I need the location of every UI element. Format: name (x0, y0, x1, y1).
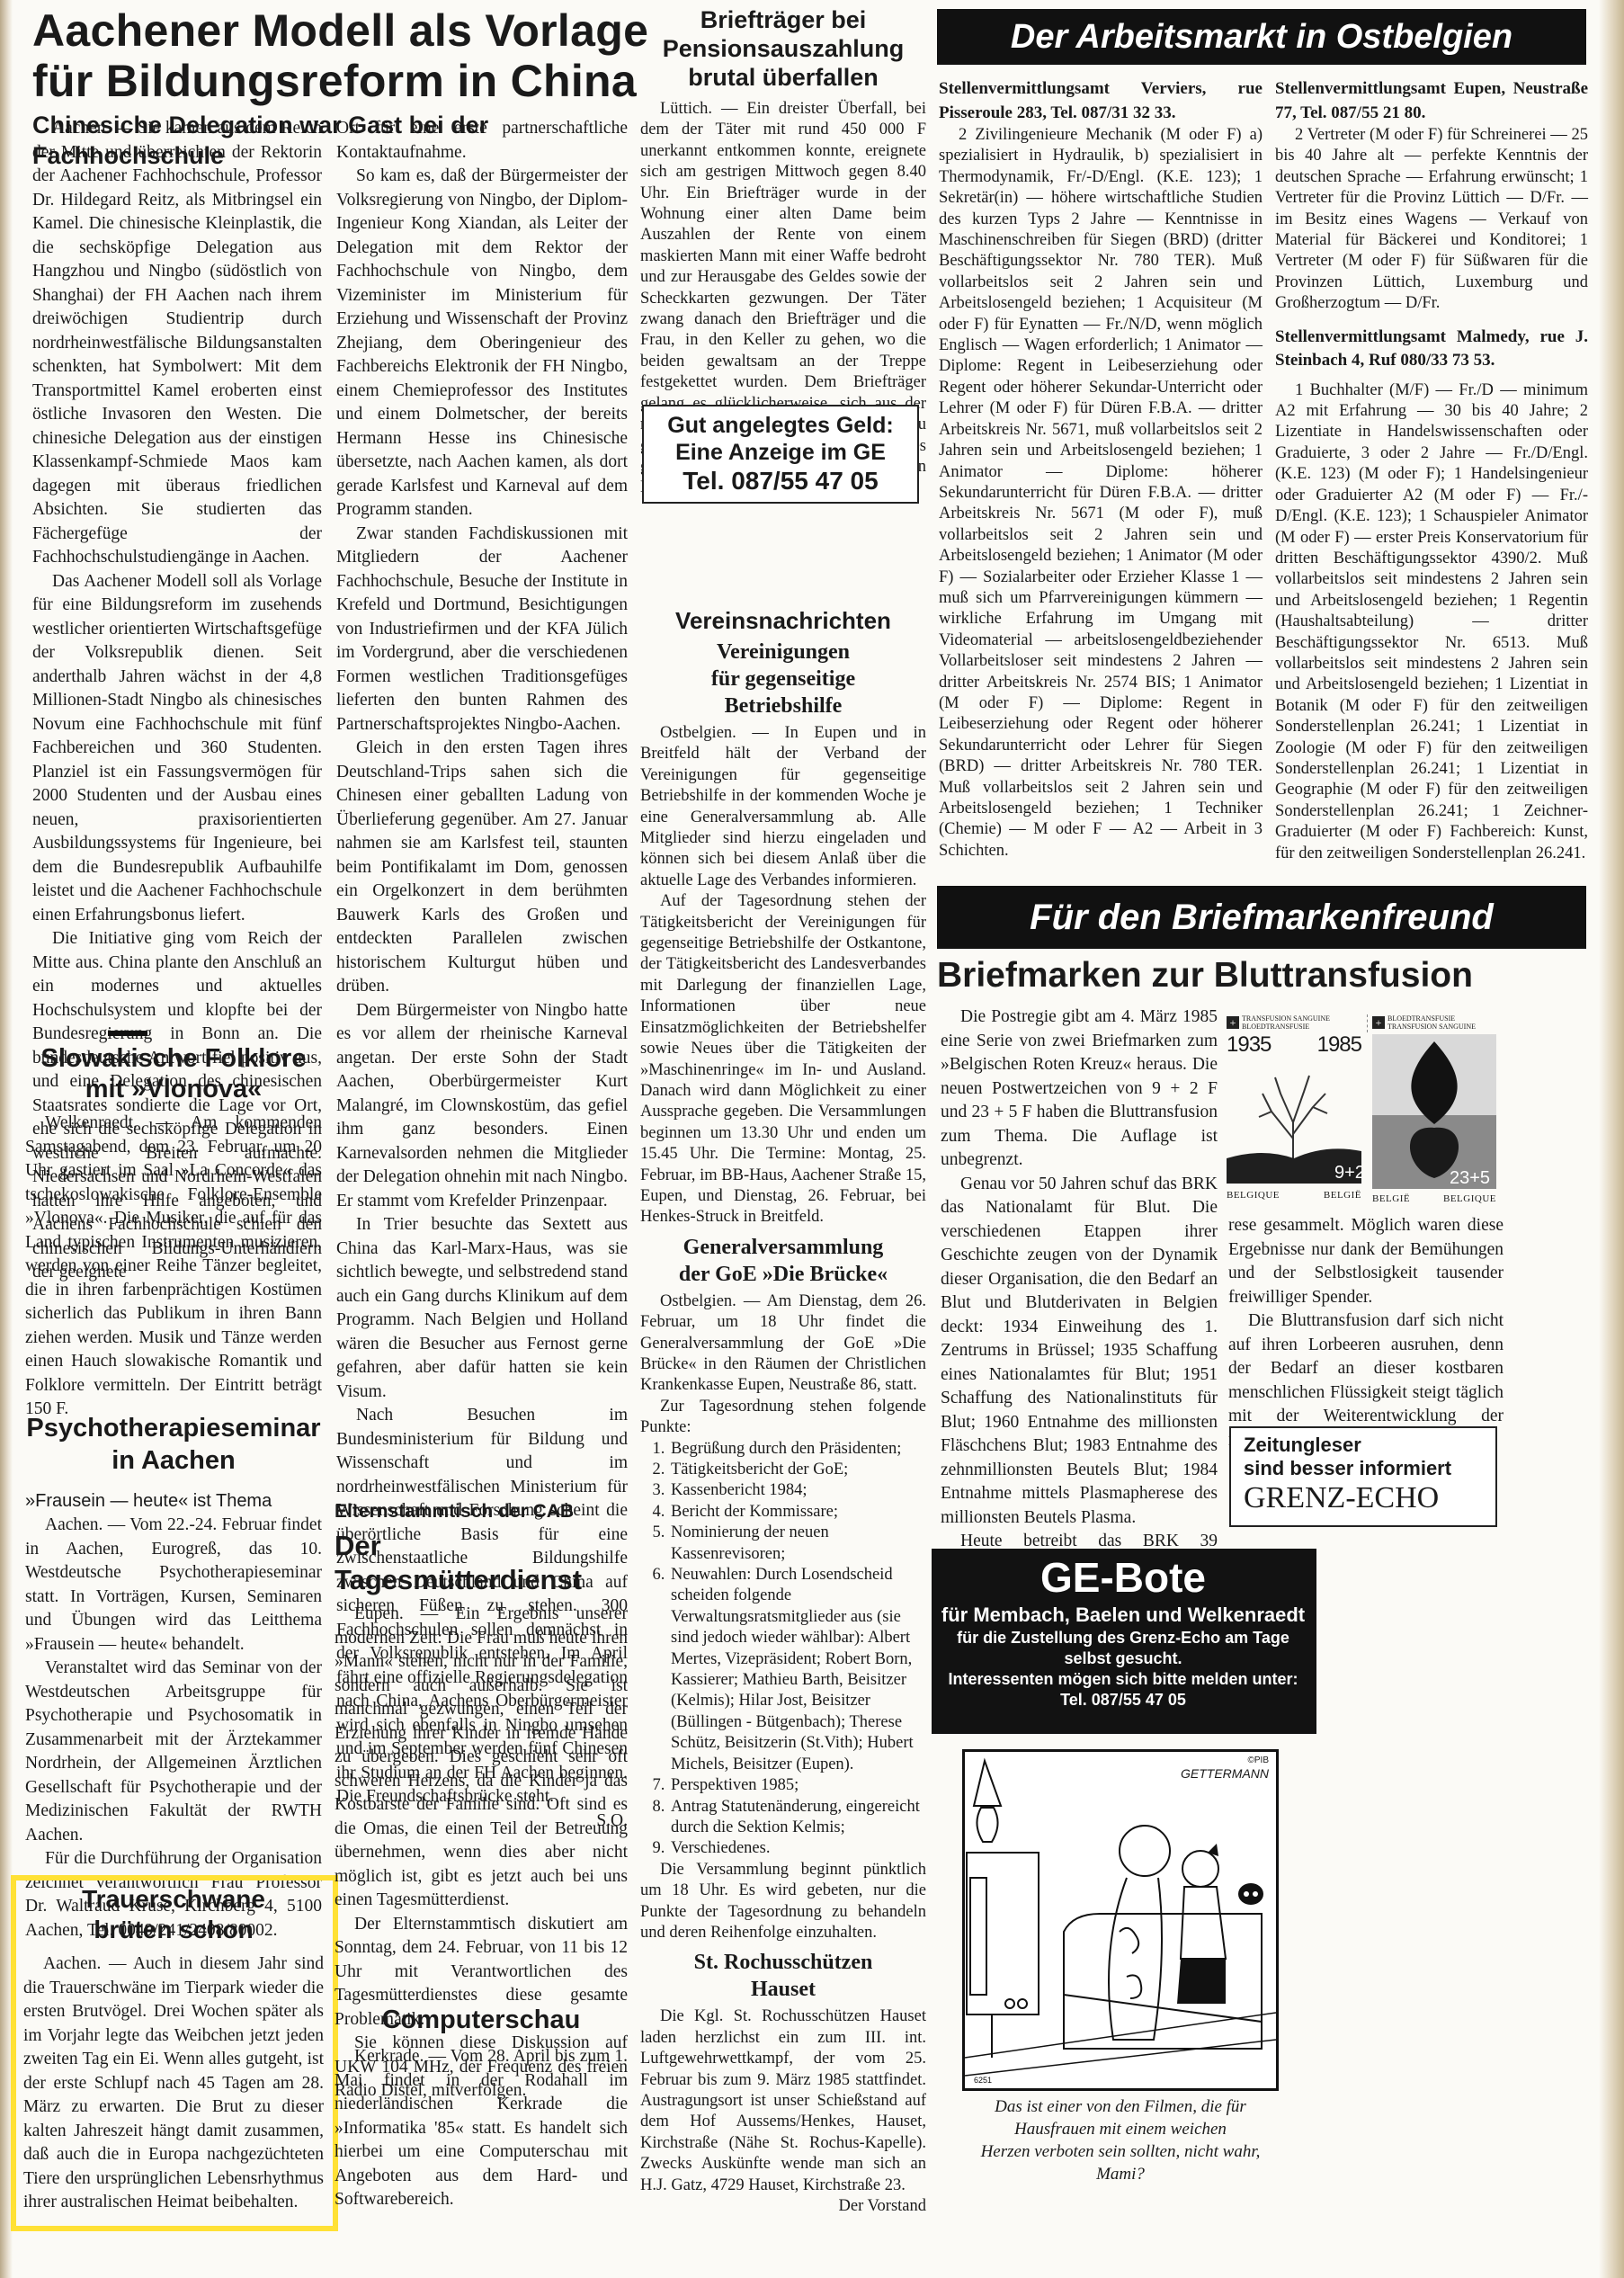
stamps-paragraph: Die Postregie gibt am 4. März 1985 eine … (941, 1005, 1218, 1173)
postman-headline: Briefträger bei Pensionsauszahlung bruta… (640, 5, 926, 92)
lead-headline-line2: für Bildungsreform in China (32, 56, 662, 106)
jobs-malmedy-body: 1 Buchhalter (M/F) — Fr./D — minimum A2 … (1275, 380, 1588, 864)
swans-body: Aachen. — Auch in diesem Jahr sind die T… (23, 1952, 324, 2215)
ad-money: Gut angelegtes Geld: Eine Anzeige im GE … (642, 405, 919, 504)
rochus-headline: St. Rochusschützen Hauset (640, 1949, 926, 2003)
jobs-eupen: Stellenvermittlungsamt Eupen, Neustraße … (1275, 77, 1588, 864)
stamp-1935-1985: + TRANSFUSION SANGUINE BLOEDTRANSFUSIE 1… (1227, 1014, 1361, 1210)
folklore-body-wrap: Welkenraedt. — Am kommenden Samstagabend… (25, 1112, 322, 1422)
ad-money-phone: Tel. 087/55 47 05 (644, 466, 917, 496)
lead-headline: Aachener Modell als Vorlage für Bildungs… (32, 5, 662, 106)
agenda-item: Verschiedenes. (669, 1838, 926, 1859)
office-malmedy: Stellenvermittlungsamt Malmedy, rue J. S… (1275, 326, 1588, 373)
goe-body: Ostbelgien. — Am Dienstag, dem 26. Febru… (640, 1291, 926, 1944)
betrieb-body: Ostbelgien. — In Eupen und in Breitfeld … (640, 723, 926, 1228)
stamp1-country-right: BELGIË (1324, 1190, 1361, 1201)
cartoon-copyright: ©PIB (1248, 1755, 1270, 1765)
rochus-body: Die Kgl. St. Rochusschützen Hauset laden… (640, 2006, 926, 2196)
stamp2-header1: BLOEDTRANSFUSIE (1388, 1014, 1476, 1023)
lead-paragraph: Das Aachener Modell soll als Vorlage für… (32, 570, 322, 928)
psycho-headline-line2: in Aachen (25, 1444, 322, 1477)
psycho-article: Psychotherapieseminar in Aachen »Frausei… (25, 1412, 322, 1943)
psycho-headline-line1: Psychotherapieseminar (25, 1412, 322, 1444)
ad-ge-bote-title: GE-Bote (932, 1552, 1315, 1603)
swans-headline-line2: brüten schon (23, 1915, 324, 1945)
swans-headline-line1: Trauerschwane (23, 1884, 324, 1915)
agenda-item: Bericht der Kommissare; (669, 1502, 926, 1523)
jobs-eupen-body: 2 Vertreter (M oder F) für Schreinerei —… (1275, 125, 1588, 315)
ad-reader: Zeitungleser sind besser informiert GREN… (1229, 1426, 1497, 1527)
jobs-banner: Der Arbeitsmarkt in Ostbelgien (937, 9, 1586, 65)
cartoon-caption: Das ist einer von den Filmen, die für Ha… (955, 2095, 1286, 2185)
swans-body-wrap: Aachen. — Auch in diesem Jahr sind die T… (23, 1952, 324, 2215)
stamp1-country-left: BELGIQUE (1227, 1190, 1280, 1201)
psycho-paragraph: Aachen. — Vom 22.-24. Februar findet in … (25, 1514, 322, 1657)
svg-text:6251: 6251 (974, 2076, 992, 2085)
betrieb-headline-line3: Betriebshilfe (640, 692, 926, 719)
eltern-paragraph: Eupen. — Ein Ergebnis unserer modernen Z… (335, 1603, 628, 1913)
cartoon-drawing: 6251 (965, 1752, 1276, 2088)
computer-headline: Computerschau (335, 2004, 628, 2036)
swans-article: Trauerschwane brüten schon Aachen. — Auc… (11, 1875, 338, 2231)
goe-headline: Generalversammlung der GoE »Die Brücke« (640, 1234, 926, 1288)
agenda-item: Neuwahlen: Durch Losendscheid scheiden f… (669, 1565, 926, 1775)
rochus-headline-line1: St. Rochusschützen (640, 1949, 926, 1976)
psycho-subheadline: »Frausein — heute« ist Thema (25, 1491, 322, 1512)
stamp2-country-left: BELGIË (1372, 1193, 1410, 1204)
ad-reader-line1: Zeitungleser (1244, 1434, 1483, 1457)
agenda-item: Antrag Statutenänderung, eingereicht dur… (669, 1797, 926, 1839)
svg-text:9+2: 9+2 (1334, 1163, 1361, 1183)
drop-heart-illustration: 23+5 (1372, 1034, 1496, 1189)
page-right-edge (1599, 0, 1624, 2278)
svg-text:23+5: 23+5 (1450, 1168, 1490, 1188)
betrieb-paragraph: Auf der Tagesordnung stehen der Tätigkei… (640, 891, 926, 1228)
stamp2-country-right: BELGIQUE (1443, 1193, 1496, 1204)
postman-headline-line1: Briefträger bei (640, 5, 926, 34)
stamp-23plus5: + BLOEDTRANSFUSIE TRANSFUSION SANGUINE 2… (1372, 1014, 1496, 1210)
folklore-headline-line1: Slowakische Folklore (25, 1043, 322, 1074)
vereins-section-title: Vereinsnachrichten (640, 606, 926, 635)
ad-ge-bote-text: GE-Bote für Membach, Baelen und Welkenra… (932, 1549, 1315, 1734)
stamp-perforation (1367, 1014, 1368, 1032)
betrieb-headline-line2: für gegenseitige (640, 666, 926, 692)
stamps-banner: Für den Briefmarkenfreund (937, 886, 1586, 949)
folklore-body: Welkenraedt. — Am kommenden Samstagabend… (25, 1112, 322, 1422)
stamp1-year-right: 1985 (1317, 1032, 1361, 1058)
betrieb-paragraph: Ostbelgien. — In Eupen und in Breitfeld … (640, 723, 926, 891)
eltern-kicker: Elternstammtisch der CAB (335, 1500, 628, 1523)
stamp2-header2: TRANSFUSION SANGUINE (1388, 1023, 1476, 1031)
ad-ge-bote-line1: für Membach, Baelen und Welkenraedt (932, 1603, 1315, 1628)
ad-money-line2: Eine Anzeige im GE (644, 439, 917, 466)
vereins-section: Vereinsnachrichten Vereinigungen für geg… (640, 606, 926, 2217)
ad-ge-bote-phone: Tel. 087/55 47 05 (932, 1690, 1315, 1711)
folklore-article: Slowakische Folklore mit »Vlonova« Welke… (25, 1043, 322, 1422)
stamps-headline: Briefmarken zur Bluttransfusion (937, 955, 1593, 996)
stamps-paragraph: Genau vor 50 Jahren schuf das BRK das Na… (941, 1173, 1218, 1531)
computer-body: Kerkrade. — Vom 28. April bis zum 1. Mai… (335, 2045, 628, 2212)
folklore-headline-line2: mit »Vlonova« (25, 1074, 322, 1104)
lead-paragraph: Gleich in den ersten Tagen ihres Deutsch… (336, 737, 628, 999)
lead-paragraph: Aachen. — Sie kamen aus dem Reich der Mi… (32, 117, 322, 570)
jobs-verviers-body: 2 Zivilingenieure Mechanik (M oder F) a)… (939, 125, 1263, 862)
lead-headline-line1: Aachener Modell als Vorlage (32, 5, 662, 56)
postman-headline-line2: Pensionsauszahlung (640, 34, 926, 63)
stamp1-header2: BLOEDTRANSFUSIE (1242, 1023, 1330, 1031)
agenda-item: Perspektiven 1985; (669, 1775, 926, 1796)
lead-paragraph: In Trier besuchte das Sextett aus China … (336, 1213, 628, 1404)
red-cross-icon: + (1227, 1016, 1239, 1029)
lead-paragraph: So kam es, daß der Bürgermeister der Vol… (336, 165, 628, 523)
cartoon-signature: GETTERMANN (1181, 1766, 1269, 1781)
stamps-paragraph: rese gesammelt. Möglich waren diese Erge… (1228, 1214, 1504, 1309)
eltern-headline: Der Tagesmütterdienst (335, 1529, 628, 1597)
goe-headline-line2: der GoE »Die Brücke« (640, 1261, 926, 1288)
agenda-item: Tätigkeitsbericht der GoE; (669, 1460, 926, 1480)
lead-paragraph: Ort für eine erste partnerschaftliche Ko… (336, 117, 628, 165)
cartoon-panel: ©PIB GETTERMANN 6251 (962, 1749, 1279, 2091)
goe-agenda-intro: Zur Tagesordnung stehen folgende Punkte: (640, 1397, 926, 1439)
swans-headline: Trauerschwane brüten schon (23, 1884, 324, 1945)
divider (108, 1031, 147, 1036)
agenda-item: Kassenbericht 1984; (669, 1480, 926, 1501)
goe-headline-line1: Generalversammlung (640, 1234, 926, 1261)
computer-article: Computerschau Kerkrade. — Vom 28. April … (335, 2004, 628, 2212)
computer-body-wrap: Kerkrade. — Vom 28. April bis zum 1. Mai… (335, 2045, 628, 2212)
betrieb-headline: Vereinigungen für gegenseitige Betriebsh… (640, 639, 926, 719)
stamp1-year-left: 1935 (1227, 1032, 1271, 1058)
stamp1-header1: TRANSFUSION SANGUINE (1242, 1014, 1330, 1023)
lead-paragraph: Dem Bürgermeister von Ningbo hatte es vo… (336, 999, 628, 1214)
agenda-item: Nominierung der neuen Kassenrevisoren; (669, 1523, 926, 1565)
psycho-headline: Psychotherapieseminar in Aachen (25, 1412, 322, 1477)
goe-closing: Die Versammlung beginnt pünktlich um 18 … (640, 1860, 926, 1944)
stamps-col-right: rese gesammelt. Möglich waren diese Erge… (1228, 1214, 1504, 1452)
stamp-pair: + TRANSFUSION SANGUINE BLOEDTRANSFUSIE 1… (1227, 1014, 1496, 1214)
folklore-headline: Slowakische Folklore mit »Vlonova« (25, 1043, 322, 1104)
ad-reader-brand: GRENZ-ECHO (1244, 1480, 1483, 1516)
cartoon-caption-line1: Das ist einer von den Filmen, die für Ha… (955, 2095, 1286, 2140)
jobs-verviers: Stellenvermittlungsamt Verviers, rue Pis… (939, 77, 1263, 862)
tree-illustration: 9+2 (1227, 1058, 1361, 1184)
ad-money-line1: Gut angelegtes Geld: (644, 412, 917, 439)
cartoon-caption-line2: Herzen verboten sein sollten, nicht wahr… (955, 2140, 1286, 2185)
betrieb-headline-line1: Vereinigungen (640, 639, 926, 666)
office-eupen: Stellenvermittlungsamt Eupen, Neustraße … (1275, 77, 1588, 125)
office-verviers: Stellenvermittlungsamt Verviers, rue Pis… (939, 77, 1263, 125)
postman-headline-line3: brutal überfallen (640, 63, 926, 92)
red-cross-icon: + (1372, 1016, 1385, 1029)
ad-reader-line2: sind besser informiert (1244, 1457, 1483, 1480)
agenda-item: Begrüßung durch den Präsidenten; (669, 1439, 926, 1460)
rochus-headline-line2: Hauset (640, 1976, 926, 2003)
goe-agenda: Begrüßung durch den Präsidenten; Tätigke… (640, 1439, 926, 1860)
goe-intro: Ostbelgien. — Am Dienstag, dem 26. Febru… (640, 1291, 926, 1397)
psycho-paragraph: Veranstaltet wird das Seminar von der We… (25, 1657, 322, 1847)
lead-paragraph: Zwar standen Fachdiskussionen mit Mitgli… (336, 523, 628, 737)
ad-ge-bote-line2: für die Zustellung des Grenz-Echo am Tag… (932, 1628, 1315, 1669)
rochus-body-wrap: Die Kgl. St. Rochusschützen Hauset laden… (640, 2006, 926, 2217)
rochus-signature: Der Vorstand (640, 2196, 926, 2217)
ad-ge-bote-line3: Interessenten mögen sich bitte melden un… (932, 1669, 1315, 1690)
